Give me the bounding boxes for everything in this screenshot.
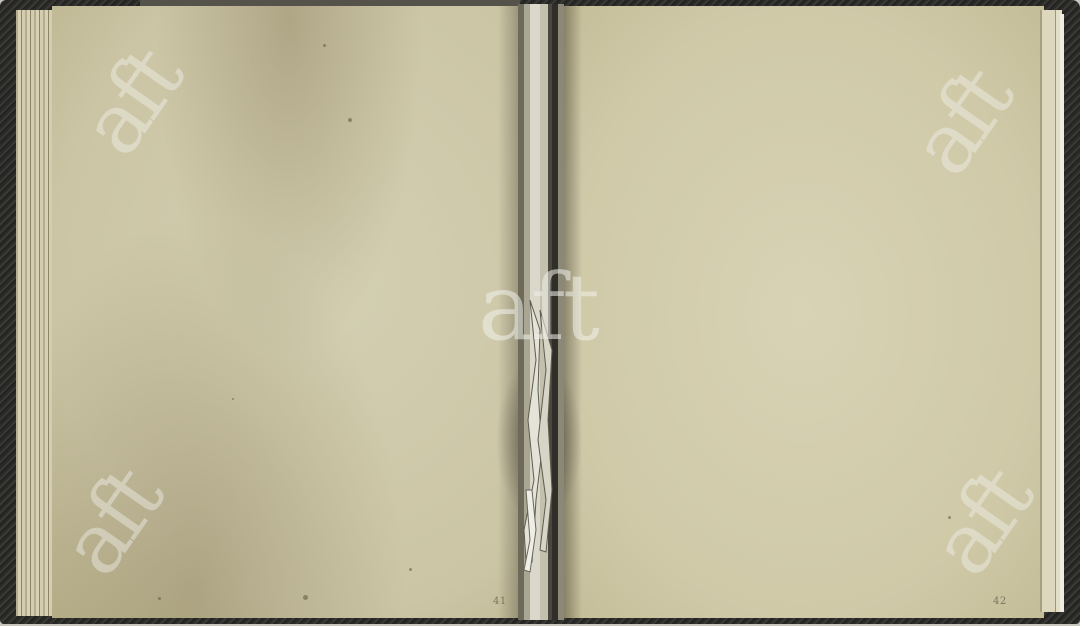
foxing-spot bbox=[232, 398, 234, 400]
right-page-edges bbox=[1040, 10, 1062, 612]
foxing-spot bbox=[303, 595, 308, 600]
right-page-edge-highlight bbox=[1060, 14, 1064, 612]
book-photograph: aft aft aft aft aft 41 42 bbox=[0, 0, 1080, 626]
foxing-spot bbox=[323, 44, 326, 47]
foxing-spot bbox=[158, 597, 161, 600]
right-page bbox=[562, 6, 1044, 618]
torn-page-stubs bbox=[522, 300, 562, 590]
left-page bbox=[52, 6, 526, 618]
foxing-spot bbox=[948, 516, 951, 519]
right-gutter-shadow bbox=[562, 6, 582, 618]
foxing-spot bbox=[348, 118, 352, 122]
foxing-spot bbox=[409, 568, 412, 571]
right-page-number: 42 bbox=[993, 596, 1007, 607]
left-page-number: 41 bbox=[493, 596, 507, 607]
